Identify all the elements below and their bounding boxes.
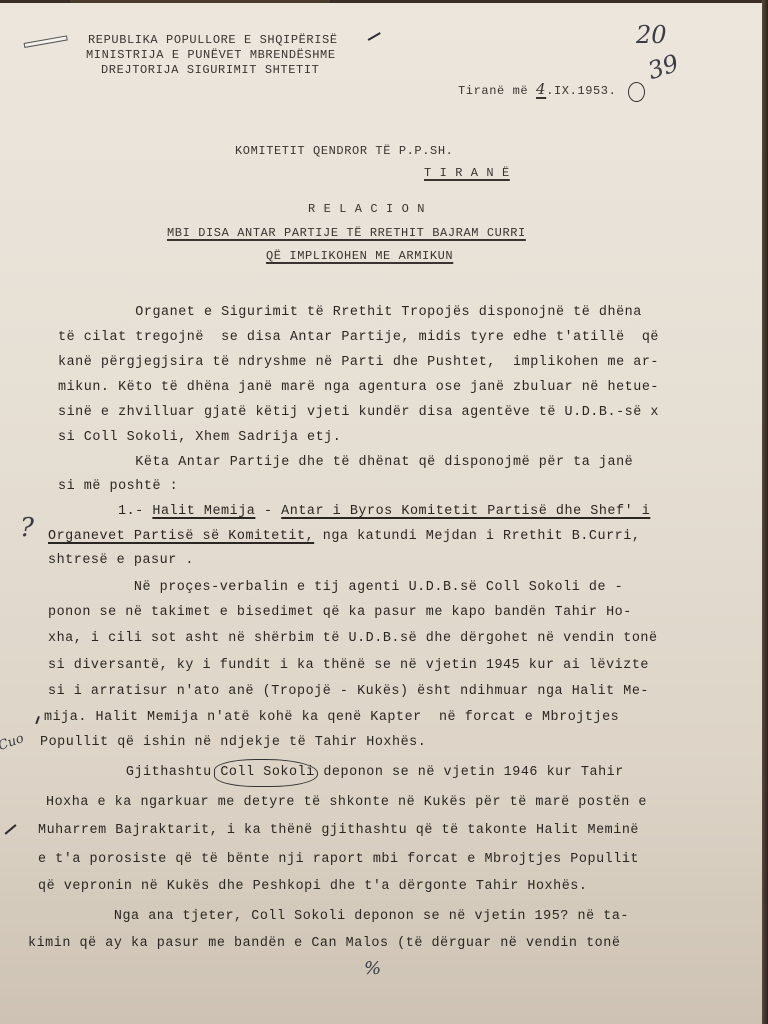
body-line: Në proçes-verbalin e tij agenti U.D.B.së…	[48, 580, 623, 596]
date-circle-annotation	[628, 82, 645, 102]
circled-name: Coll Sokoli	[220, 765, 314, 780]
para-3-suffix: deponon se në vjetin 1946 kur Tahir	[315, 765, 624, 780]
body-line: Organet e Sigurimit të Rrethit Tropojës …	[58, 305, 642, 321]
body-line: sinë e zhvilluar gjatë këtij vjeti kundë…	[58, 405, 659, 421]
date-rest: .IX.1953.	[546, 84, 616, 98]
handwritten-page-number-top: 20	[636, 21, 667, 49]
body-line: mikun. Këto të dhëna janë marë nga agent…	[58, 380, 659, 396]
item-dash: -	[255, 504, 281, 519]
margin-note: Cuo	[0, 731, 26, 754]
margin-pen-mark	[35, 716, 39, 724]
pen-circle-annotation	[214, 759, 318, 787]
document-title: R E L A C I O N	[308, 201, 425, 217]
handwritten-page-number-bottom: 39	[644, 49, 682, 85]
page-marker: %	[364, 958, 381, 979]
body-line: kimin që ay ka pasur me bandën e Can Mal…	[28, 936, 620, 952]
date-prefix: Tiranë më	[458, 84, 528, 98]
body-line: mija. Halit Memija n'atë kohë ka qenë Ka…	[44, 710, 619, 726]
body-line: kanë përgjegjsira të ndryshme në Parti d…	[58, 355, 659, 371]
body-line: ponon se në takimet e bisedimet që ka pa…	[48, 605, 632, 621]
body-line: si i arratisur n'ato anë (Tropojë - Kukë…	[48, 684, 649, 700]
item-1-line-1: 1.- Halit Memija - Antar i Byros Komitet…	[118, 504, 650, 520]
body-line: Këta Antar Partije dhe të dhënat që disp…	[58, 455, 633, 471]
para-3-prefix: Gjithashtu	[40, 765, 220, 780]
pen-tick-mark	[368, 32, 381, 40]
recipient: KOMITETIT QENDROR TË P.P.SH.	[235, 143, 453, 159]
body-line: të cilat tregojnë se disa Antar Partije,…	[58, 330, 659, 346]
document-page: REPUBLIKA POPULLORE E SHQIPËRISË MINISTR…	[0, 3, 762, 1024]
body-line: Hoxha e ka ngarkuar me detyre të shkonte…	[46, 795, 647, 811]
body-line: që vepronin në Kukës dhe Peshkopi dhe t'…	[38, 879, 587, 895]
body-line: si Coll Sokoli, Xhem Sadrija etj.	[58, 430, 341, 446]
body-line: Muharrem Bajraktarit, i ka thënë gjithas…	[38, 823, 639, 839]
margin-question-mark: ?	[20, 513, 34, 543]
letterhead-line-1: REPUBLIKA POPULLORE E SHQIPËRISË	[88, 32, 338, 48]
margin-pen-mark	[5, 824, 17, 834]
pen-stroke-mark	[24, 35, 68, 48]
item-role-a: Antar i Byros Komitetit Partisë dhe Shef…	[281, 504, 650, 519]
body-line: Gjithashtu Coll Sokoli deponon se në vje…	[40, 765, 624, 781]
document-subtitle-1: MBI DISA ANTAR PARTIJE TË RRETHIT BAJRAM…	[167, 225, 526, 241]
item-number: 1.-	[118, 504, 144, 519]
letterhead-line-3: DREJTORIJA SIGURIMIT SHTETIT	[101, 62, 319, 78]
body-line: Popullit që ishin në ndjekje të Tahir Ho…	[40, 735, 426, 751]
item-rest-1: nga katundi Mejdan i Rrethit B.Curri,	[314, 529, 640, 544]
date-line: Tiranë më 4.IX.1953.	[458, 81, 616, 99]
letterhead-line-2: MINISTRIJA E PUNËVET MBRENDËSHME	[86, 47, 336, 63]
body-line: Nga ana tjeter, Coll Sokoli deponon se n…	[28, 909, 629, 925]
item-1-line-3: shtresë e pasur .	[48, 553, 194, 569]
body-line: si diversantë, ky i fundit i ka thënë se…	[48, 658, 649, 674]
body-line: e t'a porosiste që të bënte nji raport m…	[38, 852, 639, 868]
date-day: 4	[536, 80, 546, 98]
background-edge	[762, 0, 768, 1024]
body-line: si më poshtë :	[58, 479, 178, 495]
item-1-line-2: Organevet Partisë së Komitetit, nga katu…	[48, 529, 640, 545]
item-name: Halit Memija	[152, 504, 255, 519]
item-role-b: Organevet Partisë së Komitetit,	[48, 529, 314, 544]
recipient-city: T I R A N Ë	[424, 165, 510, 181]
document-subtitle-2: QË IMPLIKOHEN ME ARMIKUN	[266, 248, 453, 264]
body-line: xha, i cili sot asht në shërbim të U.D.B…	[48, 631, 658, 647]
